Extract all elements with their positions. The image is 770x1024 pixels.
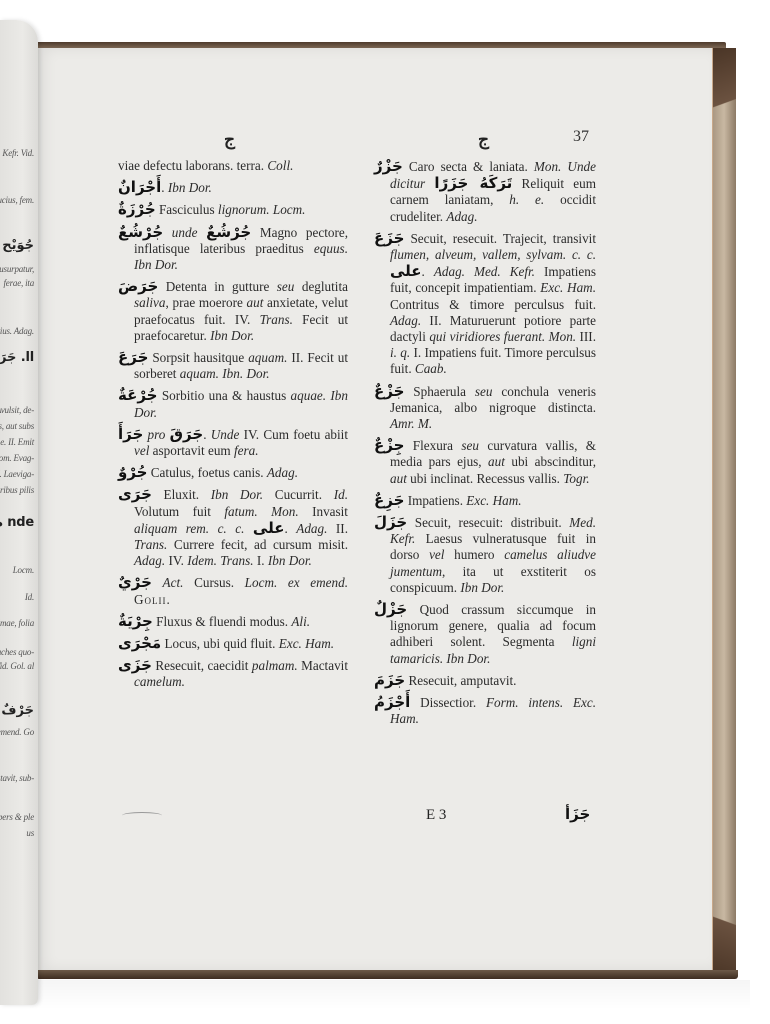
italic-text: Act. <box>163 575 184 590</box>
left-page-text-fragment: . Kefr. Vid. <box>0 148 34 158</box>
arabic-headword: أَجْزَمُ <box>374 693 410 711</box>
left-page-text-fragment: om. Evag- <box>0 453 34 463</box>
arabic-headword: جَزْعٌ <box>374 382 404 400</box>
italic-text: Adag. <box>446 209 477 224</box>
dictionary-entry: viae defectu laborans. terra. Coll. <box>118 158 348 174</box>
entry-text: Resecuit, amputavit. <box>405 673 516 688</box>
left-page-text-fragment: e. II. Emit <box>0 437 34 447</box>
italic-text: Locm. ex emend. <box>245 575 348 590</box>
arabic-headword: جَرَقَ <box>170 425 204 443</box>
entry-text: Currere fecit, ad cursum misit. <box>167 537 348 552</box>
arabic-headword: جَزَلَ <box>374 513 407 531</box>
italic-text: Unde <box>211 427 240 442</box>
italic-text: Adag. Med. Kefr. <box>434 264 535 279</box>
entry-text <box>152 575 163 590</box>
arabic-headword: تَرَكَهُ جَزَرًا <box>434 174 512 192</box>
italic-text: camelum. <box>134 674 185 689</box>
table-shadow <box>30 980 750 1010</box>
left-page-text-fragment: us <box>26 828 34 838</box>
italic-text: Adag. <box>267 465 298 480</box>
italic-text: i. q. <box>390 345 410 360</box>
left-page-text-fragment: ferae, ita <box>4 278 35 288</box>
arabic-headword: جُرْوٌ <box>118 463 147 481</box>
left-page-text-fragment: Vid. Gol. al <box>0 661 34 671</box>
entry-text: ubi abscinditur, <box>505 454 596 469</box>
italic-text: Trans. <box>134 537 167 552</box>
entry-text: Secuit, resecuit: distribuit. <box>407 515 569 530</box>
dictionary-entry: مَجْرَى Locus, ubi quid fluit. Exc. Ham. <box>118 635 348 652</box>
entry-text: I. <box>254 553 268 568</box>
catchword: جَزَأ <box>565 805 590 823</box>
italic-text: Ibn Dor. <box>211 487 263 502</box>
dictionary-entry: جِزْعٌ Flexura seu curvatura vallis, & m… <box>374 437 596 487</box>
book-cover-right-edge <box>712 48 736 976</box>
entry-text: . <box>161 180 168 195</box>
left-page-text-fragment: ll. جَرَحْ <box>0 350 34 365</box>
italic-text: unde <box>172 225 198 240</box>
arabic-headword: مَجْرَى <box>118 634 161 652</box>
italic-text: Coll. <box>267 158 293 173</box>
italic-text: aquam. <box>248 350 287 365</box>
italic-text: fatum. Mon. <box>224 504 298 519</box>
entry-text: Secuit, resecuit. Trajecit, transivit <box>404 231 596 246</box>
italic-text: Idem. Trans. <box>187 553 253 568</box>
italic-text: aut <box>390 471 407 486</box>
italic-text: Ibn Dor. <box>210 328 254 343</box>
book-page-left-curled: . Kefr. Vid.ucius, fem.جُوَيْحusurpatur,… <box>0 20 38 1005</box>
printer-ornament <box>122 812 162 819</box>
dictionary-column-left: viae defectu laborans. terra. Coll.أَجْر… <box>118 158 348 696</box>
italic-text: vel <box>429 547 444 562</box>
entry-text: viae defectu laborans. terra. <box>118 158 267 173</box>
entry-text: Dissectior. <box>410 695 486 710</box>
entry-text: Sorbitio una & haustus <box>158 388 291 403</box>
italic-text: Togr. <box>563 471 589 486</box>
italic-text: Amr. M. <box>390 416 432 431</box>
arabic-headword: جِرْيَةٌ <box>118 612 153 630</box>
left-page-text-fragment: arius. Adag. <box>0 326 34 336</box>
left-page-text-fragment: nde ة مُجْرَح <box>0 515 34 530</box>
italic-text: saliva <box>134 295 166 310</box>
leather-corner-top <box>712 48 736 138</box>
left-page-text-fragment: Avulsit, de- <box>0 405 34 415</box>
arabic-headword: جَزْرٌ <box>374 157 403 175</box>
italic-text: seu <box>461 438 479 453</box>
dictionary-entry: أَجْزَمُ Dissectior. Form. intens. Exc. … <box>374 694 596 727</box>
entry-text: , prae moerore <box>166 295 247 310</box>
entry-text: . <box>422 264 434 279</box>
dictionary-entry: جَزْلٌ Quod crassum siccumque in lignoru… <box>374 601 596 667</box>
entry-text: humero <box>444 547 504 562</box>
italic-text: Adag. <box>134 553 165 568</box>
dictionary-entry: جَرْيٌ Act. Cursus. Locm. ex emend. Goli… <box>118 574 348 607</box>
arabic-headword: جَزَمَ <box>374 671 405 689</box>
entry-text: IV. <box>165 553 187 568</box>
dictionary-entry: جَزْرٌ Caro secta & laniata. Mon. Unde d… <box>374 158 596 225</box>
dictionary-entry: جَرَأَ pro جَرَقَ. Unde IV. Cum foetu ab… <box>118 426 348 459</box>
italic-text: qui viridiores fuerant. Mon. <box>429 329 576 344</box>
entry-text: Catulus, foetus canis. <box>147 465 266 480</box>
left-page-text-fragment: Locm. <box>13 565 34 575</box>
italic-text: Id. <box>334 487 348 502</box>
italic-text: Ali. <box>291 614 310 629</box>
left-page-text-fragment: ribus pilis <box>0 485 34 495</box>
arabic-headword: جَرَضَ <box>118 277 158 295</box>
arabic-headword: جَرَى <box>118 485 152 503</box>
entry-text: Detenta in gutture <box>158 279 276 294</box>
entry-text: Eluxit. <box>152 487 211 502</box>
italic-text: Trans. <box>260 312 293 327</box>
italic-text: Exc. Ham. <box>466 493 521 508</box>
smallcaps-text: Golii. <box>134 592 171 607</box>
italic-text: Adag. <box>296 521 327 536</box>
left-page-text-fragment: جُوَيْح <box>2 238 34 253</box>
dictionary-entry: جَزَلَ Secuit, resecuit: distribuit. Med… <box>374 514 596 596</box>
dictionary-entry: جُرْزَةٌ Fasciculus lignorum. Locm. <box>118 201 348 218</box>
dictionary-entry: جَزِعٌ Impatiens. Exc. Ham. <box>374 492 596 509</box>
entry-text: Impatiens. <box>404 493 466 508</box>
dictionary-entry: جُرْشُعٌ unde جُرْشُعٌ Magno pectore, in… <box>118 224 348 274</box>
arabic-headword: جَرَأَ <box>118 425 143 443</box>
italic-text: h. e. <box>509 192 544 207</box>
entry-text <box>163 225 172 240</box>
dictionary-entry: جَزَى Resecuit, caecidit palmam. Mactavi… <box>118 657 348 690</box>
italic-text: Adag. <box>390 313 421 328</box>
italic-text: aquam. Ibn. Dor. <box>180 366 270 381</box>
arabic-headword: جُرْعَةٌ <box>118 386 158 404</box>
italic-text: Ibn Dor. <box>460 580 504 595</box>
signature-mark: E 3 <box>426 807 446 824</box>
entry-text: Flexura <box>404 438 461 453</box>
book-cover-bottom-edge <box>36 970 738 979</box>
left-page-text-fragment: جَرْفٌ i. q. جَ <box>0 703 34 718</box>
entry-text: Volutum fuit <box>134 504 224 519</box>
entry-text: III. <box>576 329 596 344</box>
dictionary-entry: جَزَمَ Resecuit, amputavit. <box>374 672 596 689</box>
entry-text: Sphaerula <box>404 384 475 399</box>
entry-text <box>244 521 253 536</box>
entry-text: asportavit eum <box>149 443 234 458</box>
arabic-headword: على <box>390 262 422 280</box>
arabic-headword: جُرْزَةٌ <box>118 200 156 218</box>
leather-corner-bottom <box>712 886 736 976</box>
entry-text: Sorpsit hausitque <box>148 350 248 365</box>
dictionary-entry: جَرَضَ Detenta in gutture seu deglutita … <box>118 278 348 344</box>
italic-text: seu <box>277 279 295 294</box>
dictionary-entry: جَرَعَ Sorpsit hausitque aquam. II. Feci… <box>118 349 348 382</box>
left-page-text-fragment: Id. <box>25 592 34 602</box>
left-page-text-fragment: neduches quo- <box>0 647 34 657</box>
entry-text <box>197 225 206 240</box>
italic-text: vel <box>134 443 149 458</box>
entry-text: Fluxus & fluendi modus. <box>153 614 291 629</box>
dictionary-entry: جُرْعَةٌ Sorbitio una & haustus aquae. I… <box>118 387 348 420</box>
running-head-left: ج <box>224 130 235 150</box>
running-head-right: ج <box>478 130 489 150</box>
entry-text: Invasit <box>299 504 348 519</box>
entry-text: Caro secta & laniata. <box>403 159 534 174</box>
dictionary-entry: جِرْيَةٌ Fluxus & fluendi modus. Ali. <box>118 613 348 630</box>
entry-text: deglutita <box>294 279 348 294</box>
left-page-text-fragment: usurpatur, <box>0 264 34 274</box>
entry-text: Cursus. <box>183 575 244 590</box>
left-page-text-fragment: I. Laeviga- <box>0 469 34 479</box>
arabic-headword: أَجْرَانٌ <box>118 178 161 196</box>
italic-text: Ibn Dor. <box>268 553 312 568</box>
dictionary-entry: جُرْوٌ Catulus, foetus canis. Adag. <box>118 464 348 481</box>
dictionary-entry: جَرَى Eluxit. Ibn Dor. Cucurrit. Id. Vol… <box>118 486 348 569</box>
dictionary-entry: جَزْعٌ Sphaerula seu conchula veneris Je… <box>374 383 596 433</box>
italic-text: fera. <box>234 443 259 458</box>
entry-text: IV. Cum foetu abiit <box>239 427 348 442</box>
italic-text: aliquam rem. c. c. <box>134 521 244 536</box>
entry-text: Resecuit, caecidit <box>152 658 252 673</box>
italic-text: aut <box>247 295 264 310</box>
dictionary-column-right: جَزْرٌ Caro secta & laniata. Mon. Unde d… <box>374 158 596 733</box>
dictionary-entry: أَجْرَانٌ. Ibn Dor. <box>118 179 348 196</box>
italic-text: palmam. <box>252 658 298 673</box>
italic-text: Exc. Ham. <box>279 636 334 651</box>
entry-text: II. <box>327 521 348 536</box>
page-number: 37 <box>573 128 589 146</box>
italic-text: flumen, alveum, vallem, sylvam. c. c. <box>390 247 596 262</box>
arabic-headword: جِزْعٌ <box>374 436 404 454</box>
arabic-headword: جُرْشُعٌ <box>118 223 163 241</box>
arabic-headword: جَزَى <box>118 656 152 674</box>
italic-text: aut <box>488 454 505 469</box>
dictionary-entry: جَزَعَ Secuit, resecuit. Trajecit, trans… <box>374 230 596 378</box>
italic-text: Ibn Dor. <box>168 180 212 195</box>
italic-text: pro <box>148 427 166 442</box>
italic-text: seu <box>475 384 493 399</box>
entry-text: Fasciculus <box>156 202 218 217</box>
arabic-headword: جَرْيٌ <box>118 573 152 591</box>
entry-text: Contritus & timore perculsus fuit. <box>390 297 596 312</box>
left-page-text-fragment: ex emend. Go <box>0 727 34 737</box>
entry-text: Mactavit <box>298 658 348 673</box>
left-page-text-fragment: palmae, folia <box>0 618 34 628</box>
entry-text: . <box>284 521 296 536</box>
left-page-text-fragment: amputavit, sub- <box>0 773 34 783</box>
arabic-headword: جَزْلٌ <box>374 600 407 618</box>
entry-text: Locus, ubi quid fluit. <box>161 636 279 651</box>
arabic-headword: على <box>253 519 285 537</box>
arabic-headword: جَرَعَ <box>118 348 148 366</box>
arabic-headword: جُرْشُعٌ <box>206 223 251 241</box>
left-page-text-fragment: ucius, fem. <box>0 195 34 205</box>
left-page-text-fragment: is, aut subs <box>0 421 34 431</box>
entry-text: Quod crassum siccumque in lignorum gener… <box>390 602 596 649</box>
italic-text: lignorum. Locm. <box>218 202 306 217</box>
entry-text: Cucurrit. <box>263 487 334 502</box>
entry-text: ubi inclinat. Recessus vallis. <box>407 471 563 486</box>
italic-text: Exc. Ham. <box>540 280 596 295</box>
left-page-text-fragment: s expers & ple <box>0 812 34 822</box>
italic-text: Caab. <box>415 361 447 376</box>
arabic-headword: جَزَعَ <box>374 229 404 247</box>
entry-text: . <box>203 427 211 442</box>
arabic-headword: جَزِعٌ <box>374 491 404 509</box>
